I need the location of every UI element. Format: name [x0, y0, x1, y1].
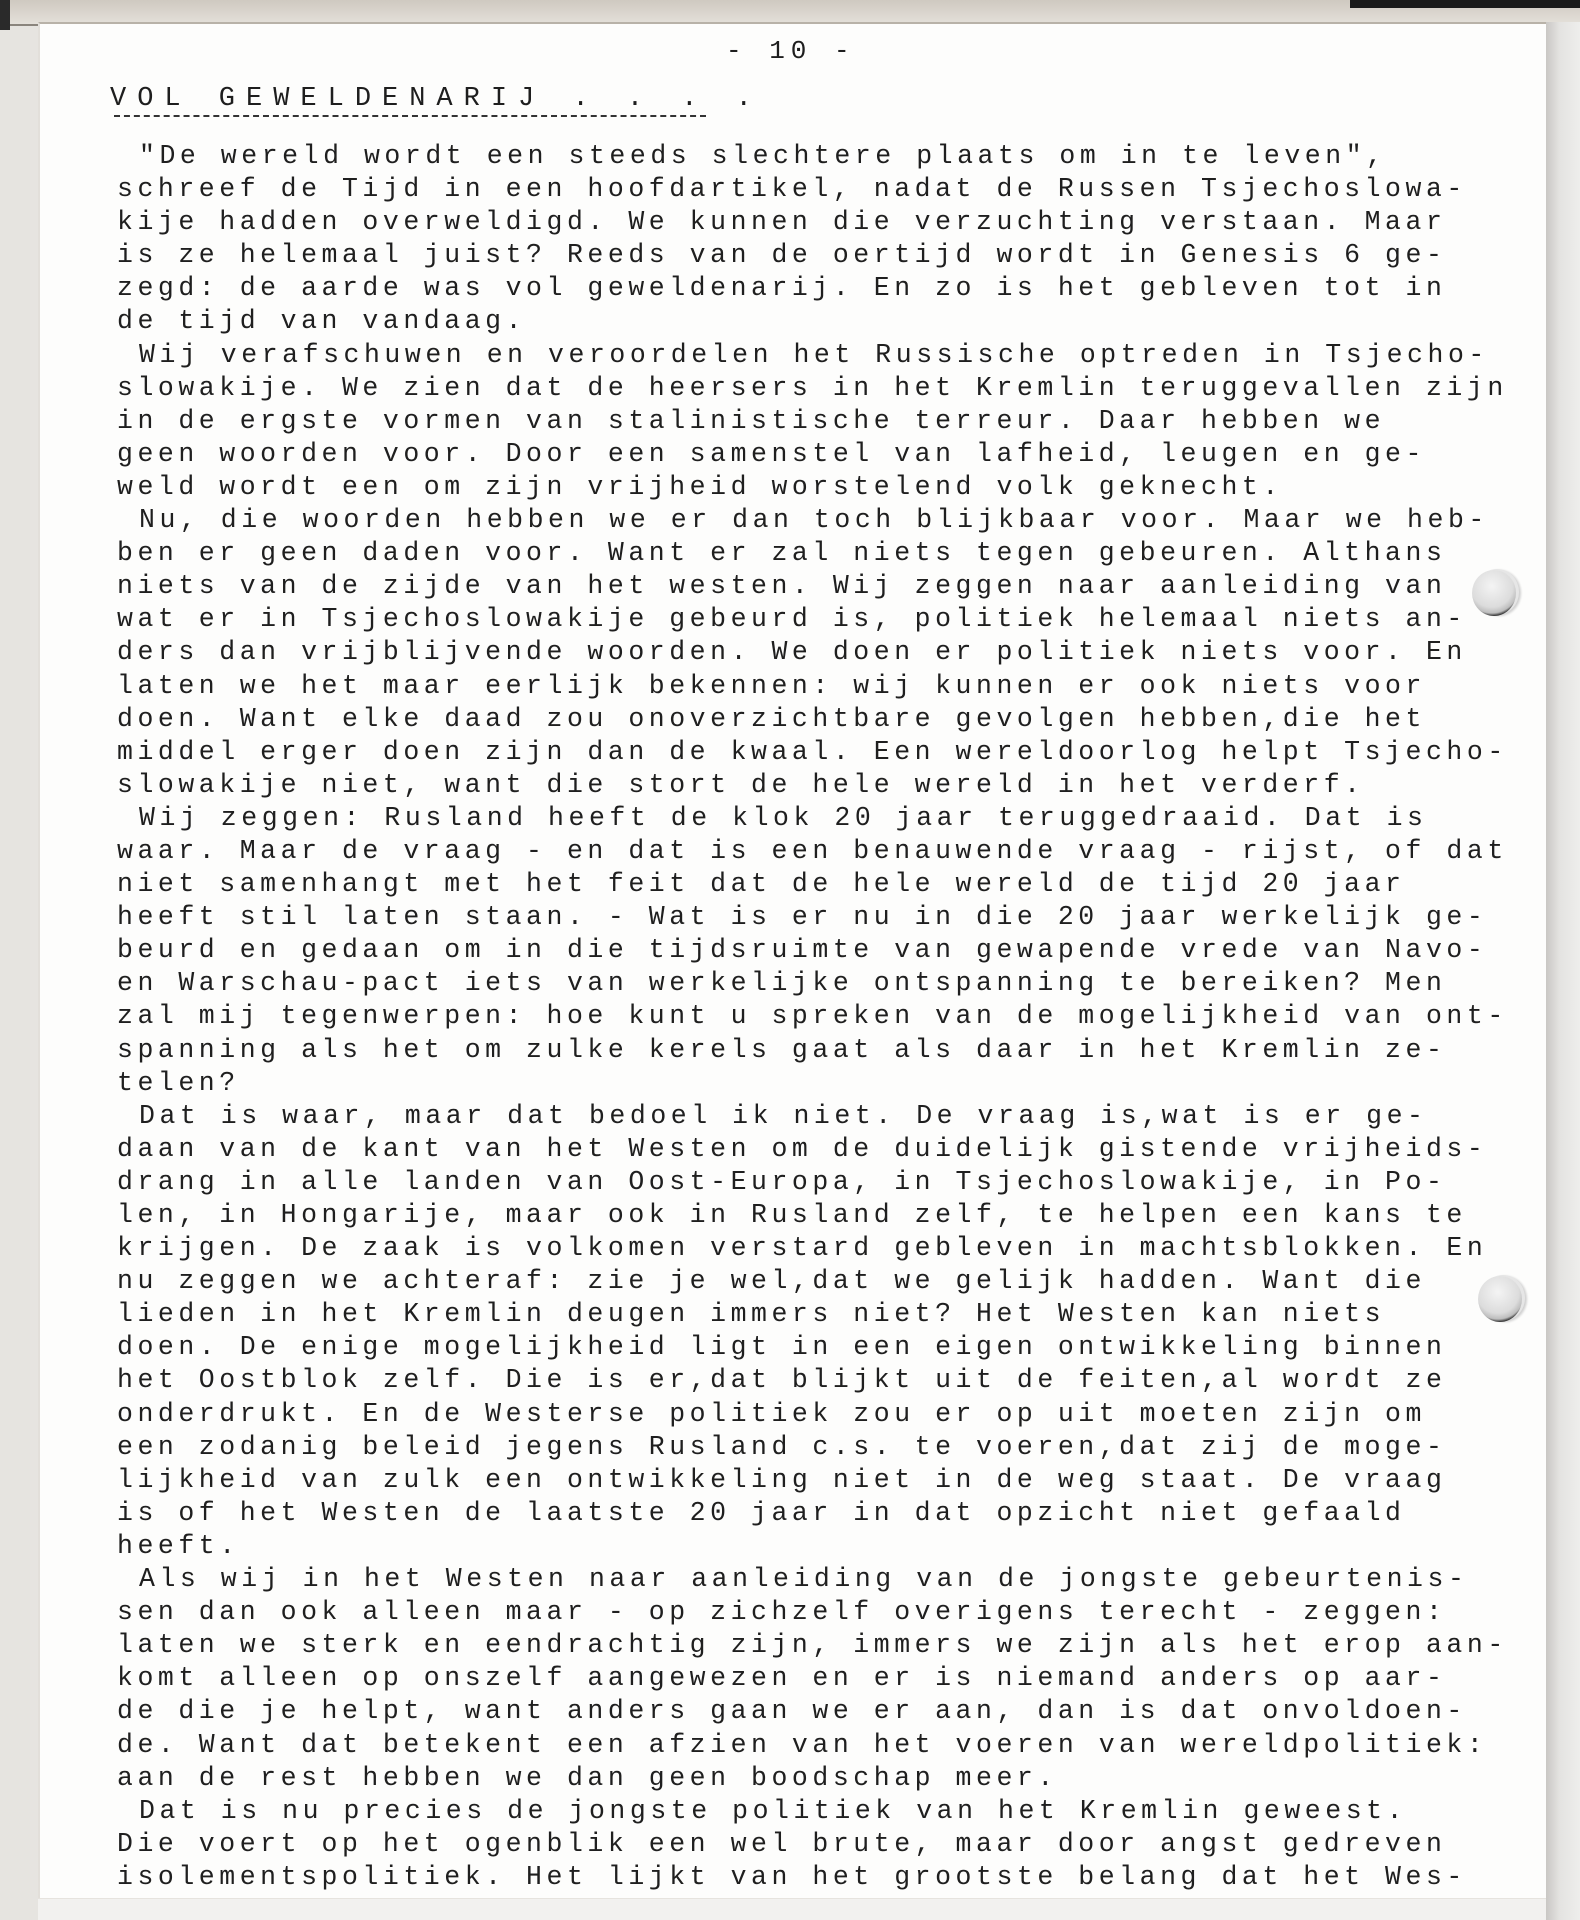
text-line: Die voert op het ogenblik een wel brute,… — [117, 1828, 1507, 1861]
text-line: Als wij in het Westen naar aanleiding va… — [117, 1563, 1507, 1596]
text-line: geen woorden voor. Door een samenstel va… — [117, 438, 1507, 471]
paragraph: Nu, die woorden hebben we er dan toch bl… — [117, 504, 1507, 802]
text-line: ders dan vrijblijvende woorden. We doen … — [117, 636, 1507, 669]
text-line: lijkheid van zulk een ontwikkeling niet … — [117, 1464, 1507, 1497]
paragraph: Als wij in het Westen naar aanleiding va… — [117, 1563, 1507, 1795]
text-line: aan de rest hebben we dan geen boodschap… — [117, 1762, 1507, 1795]
text-line: is ze helemaal juist? Reeds van de oerti… — [117, 239, 1507, 272]
text-line: Dat is waar, maar dat bedoel ik niet. De… — [117, 1100, 1507, 1133]
text-line: schreef de Tijd in een hoofdartikel, nad… — [117, 173, 1507, 206]
text-line: Wij verafschuwen en veroordelen het Russ… — [117, 339, 1507, 372]
text-line: beurd en gedaan om in die tijdsruimte va… — [117, 934, 1507, 967]
text-line: heeft. — [117, 1530, 1507, 1563]
text-line: isolementspolitiek. Het lijkt van het gr… — [117, 1861, 1507, 1894]
text-line: middel erger doen zijn dan de kwaal. Een… — [117, 736, 1507, 769]
text-line: "De wereld wordt een steeds slechtere pl… — [117, 140, 1507, 173]
text-line: de die je helpt, want anders gaan we er … — [117, 1695, 1507, 1728]
text-line: Wij zeggen: Rusland heeft de klok 20 jaa… — [117, 802, 1507, 835]
text-line: onderdrukt. En de Westerse politiek zou … — [117, 1398, 1507, 1431]
article-body: "De wereld wordt een steeds slechtere pl… — [117, 140, 1507, 1894]
text-line: heeft stil laten staan. - Wat is er nu i… — [117, 901, 1507, 934]
text-line: drang in alle landen van Oost-Europa, in… — [117, 1166, 1507, 1199]
punch-hole-icon — [1478, 1276, 1522, 1322]
text-line: niets van de zijde van het westen. Wij z… — [117, 570, 1507, 603]
scan-background-corner-left — [0, 0, 10, 30]
text-line: slowakije niet, want die stort de hele w… — [117, 769, 1507, 802]
text-line: zegd: de aarde was vol geweldenarij. En … — [117, 272, 1507, 305]
text-line: komt alleen op onszelf aangewezen en er … — [117, 1662, 1507, 1695]
paper-right-edge-shadow — [1546, 22, 1580, 1920]
text-line: een zodanig beleid jegens Rusland c.s. t… — [117, 1431, 1507, 1464]
text-line: in de ergste vormen van stalinistische t… — [117, 405, 1507, 438]
paper-bottom-edge — [38, 1898, 1546, 1920]
text-line: niet samenhangt met het feit dat de hele… — [117, 868, 1507, 901]
text-line: daan van de kant van het Westen om de du… — [117, 1133, 1507, 1166]
paragraph: Dat is waar, maar dat bedoel ik niet. De… — [117, 1100, 1507, 1563]
text-line: laten we sterk en eendrachtig zijn, imme… — [117, 1629, 1507, 1662]
text-line: doen. De enige mogelijkheid ligt in een … — [117, 1331, 1507, 1364]
text-line: de tijd van vandaag. — [117, 305, 1507, 338]
text-line: de. Want dat betekent een afzien van het… — [117, 1729, 1507, 1762]
text-line: krijgen. De zaak is volkomen verstard ge… — [117, 1232, 1507, 1265]
punch-hole-icon — [1472, 570, 1516, 616]
text-line: zal mij tegenwerpen: hoe kunt u spreken … — [117, 1000, 1507, 1033]
text-line: het Oostblok zelf. Die is er,dat blijkt … — [117, 1364, 1507, 1397]
text-line: Nu, die woorden hebben we er dan toch bl… — [117, 504, 1507, 537]
text-line: Dat is nu precies de jongste politiek va… — [117, 1795, 1507, 1828]
text-line: doen. Want elke daad zou onoverzichtbare… — [117, 703, 1507, 736]
text-line: nu zeggen we achteraf: zie je wel,dat we… — [117, 1265, 1507, 1298]
text-line: ben er geen daden voor. Want er zal niet… — [117, 537, 1507, 570]
paragraph: Wij verafschuwen en veroordelen het Russ… — [117, 339, 1507, 504]
text-line: len, in Hongarije, maar ook in Rusland z… — [117, 1199, 1507, 1232]
paragraph: Wij zeggen: Rusland heeft de klok 20 jaa… — [117, 802, 1507, 1100]
scan-background-corner — [1350, 0, 1580, 8]
text-line: laten we het maar eerlijk bekennen: wij … — [117, 670, 1507, 703]
text-line: lieden in het Kremlin deugen immers niet… — [117, 1298, 1507, 1331]
text-line: wat er in Tsjechoslowakije gebeurd is, p… — [117, 603, 1507, 636]
page-number: - 10 - — [726, 36, 856, 66]
article-title: VOL GEWELDENARIJ . . . . — [110, 84, 763, 114]
text-line: en Warschau-pact iets van werkelijke ont… — [117, 967, 1507, 1000]
text-line: kije hadden overweldigd. We kunnen die v… — [117, 206, 1507, 239]
text-line: sen dan ook alleen maar - op zichzelf ov… — [117, 1596, 1507, 1629]
text-line: is of het Westen de laatste 20 jaar in d… — [117, 1497, 1507, 1530]
text-line: spanning als het om zulke kerels gaat al… — [117, 1034, 1507, 1067]
title-dashed-underline — [114, 115, 706, 117]
paragraph: "De wereld wordt een steeds slechtere pl… — [117, 140, 1507, 339]
paragraph: Dat is nu precies de jongste politiek va… — [117, 1795, 1507, 1894]
scanned-page: - 10 - VOL GEWELDENARIJ . . . . "De were… — [0, 0, 1580, 1920]
text-line: waar. Maar de vraag - en dat is een bena… — [117, 835, 1507, 868]
text-line: slowakije. We zien dat de heersers in he… — [117, 372, 1507, 405]
text-line: telen? — [117, 1067, 1507, 1100]
text-line: weld wordt een om zijn vrijheid worstele… — [117, 471, 1507, 504]
